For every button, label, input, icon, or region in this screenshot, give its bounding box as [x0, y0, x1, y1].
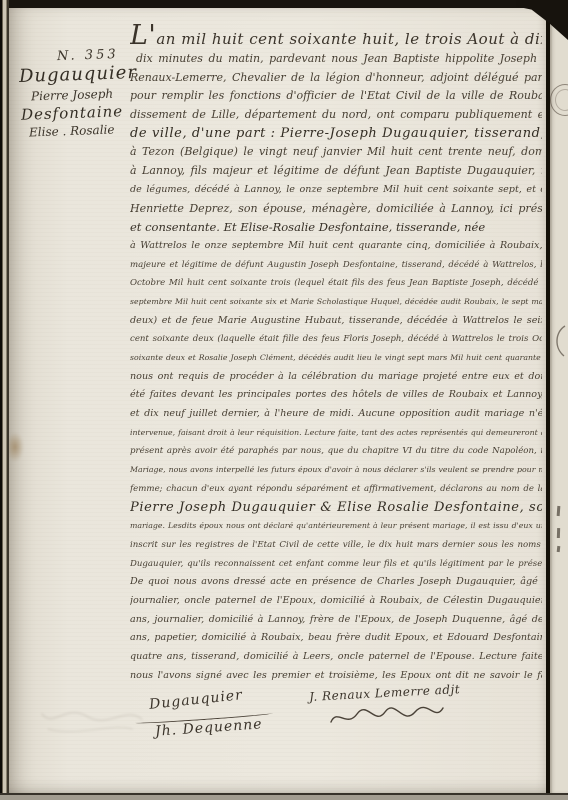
act-line: ans, journalier, domicilié à Lannoy, frè…: [130, 611, 542, 630]
act-line: dissement de Lille, département du nord,…: [130, 106, 542, 125]
act-line: à Tezon (Belgique) le vingt neuf janvier…: [130, 143, 542, 162]
act-line: et dix neuf juillet dernier, à l'heure d…: [130, 405, 542, 424]
act-line: L'an mil huit cent soixante huit, le tro…: [130, 20, 542, 50]
register-page: N. 353 Dugauquier Pierre Joseph Desfonta…: [9, 8, 546, 793]
margin-bride-surname: Desfontaine: [21, 102, 124, 124]
act-line: nous l'avons signé avec les premier et t…: [130, 667, 542, 686]
edge-writing-fragment: [552, 324, 568, 358]
facing-page-edge: [550, 8, 568, 793]
act-line: dix minutes du matin, pardevant nous Jea…: [130, 50, 542, 69]
act-line: deux) et de feue Marie Augustine Hubaut,…: [130, 312, 542, 331]
partial-stamp-circle-icon: [550, 84, 568, 116]
act-line: nous ont requis de procéder à la célébra…: [130, 368, 542, 387]
book-binding-edge: [0, 0, 9, 800]
act-line: à Lannoy, fils majeur et légitime de déf…: [130, 162, 542, 181]
edge-ink-dash: [557, 506, 560, 516]
act-line: de légumes, décédé à Lannoy, le onze sep…: [130, 181, 542, 200]
book-top-edge: [0, 0, 568, 8]
margin-groom-firstnames: Pierre Joseph: [31, 87, 114, 104]
act-line: Henriette Deprez, son épouse, ménagère, …: [130, 200, 542, 219]
act-line: De quoi nous avons dressé acte en présen…: [130, 573, 542, 592]
ink-showthrough-mark: [36, 694, 149, 742]
act-line: cent soixante deux (laquelle était fille…: [130, 330, 542, 349]
act-line: Renaux-Lemerre, Chevalier de la légion d…: [130, 69, 542, 88]
act-line: Dugauquier, qu'ils reconnaissent cet enf…: [130, 555, 542, 574]
act-line: majeure et légitime de défunt Augustin J…: [130, 256, 542, 275]
act-line: intervenue, faisant droit à leur réquisi…: [130, 424, 542, 443]
edge-ink-dash: [557, 546, 560, 552]
act-line-union-names: Pierre Joseph Dugauquier & Elise Rosalie…: [130, 499, 542, 518]
act-line: inscrit sur les registres de l'Etat Civi…: [130, 536, 542, 555]
margin-bride-firstnames: Elise . Rosalie: [29, 123, 115, 140]
act-line: Mariage, nous avons interpellé les futur…: [130, 461, 542, 480]
signature-groom: Dugauquier: [148, 687, 243, 713]
act-line-groom-names: de ville, d'une part : Pierre-Joseph Dug…: [130, 125, 542, 144]
act-line: présent après avoir été paraphés par nou…: [130, 442, 542, 461]
act-line: à Wattrelos le onze septembre Mil huit c…: [130, 237, 542, 256]
act-line: Octobre Mil huit cent soixante trois (le…: [130, 274, 542, 293]
act-line: femme; chacun d'eux ayant répondu séparé…: [130, 480, 542, 499]
act-line-bride-names: et consentante. Et Elise-Rosalie Desfont…: [130, 218, 542, 237]
act-line: septembre Mil huit cent soixante six et …: [130, 293, 542, 312]
act-line: ans, papetier, domicilié à Roubaix, beau…: [130, 629, 542, 648]
scanned-register-page: N. 353 Dugauquier Pierre Joseph Desfonta…: [0, 0, 568, 800]
edge-ink-dash: [557, 528, 560, 538]
paraph-flourish-icon: [327, 702, 447, 730]
act-line: journalier, oncle paternel de l'Epoux, d…: [130, 592, 542, 611]
act-line: quatre ans, tisserand, domicilié à Leers…: [130, 648, 542, 667]
act-line: soixante deux et Rosalie Joseph Clément,…: [130, 349, 542, 368]
margin-groom-surname: Dugauquier: [19, 62, 138, 87]
act-line: mariage. Lesdits époux nous ont déclaré …: [130, 517, 542, 536]
paper-stain: [9, 432, 24, 462]
act-line: pour remplir les fonctions d'officier de…: [130, 87, 542, 106]
act-line: été faites devant les principales portes…: [130, 386, 542, 405]
book-bottom-edge: [0, 793, 568, 800]
act-number: N. 353: [57, 47, 119, 64]
act-body-text: L'an mil huit cent soixante huit, le tro…: [130, 20, 542, 685]
